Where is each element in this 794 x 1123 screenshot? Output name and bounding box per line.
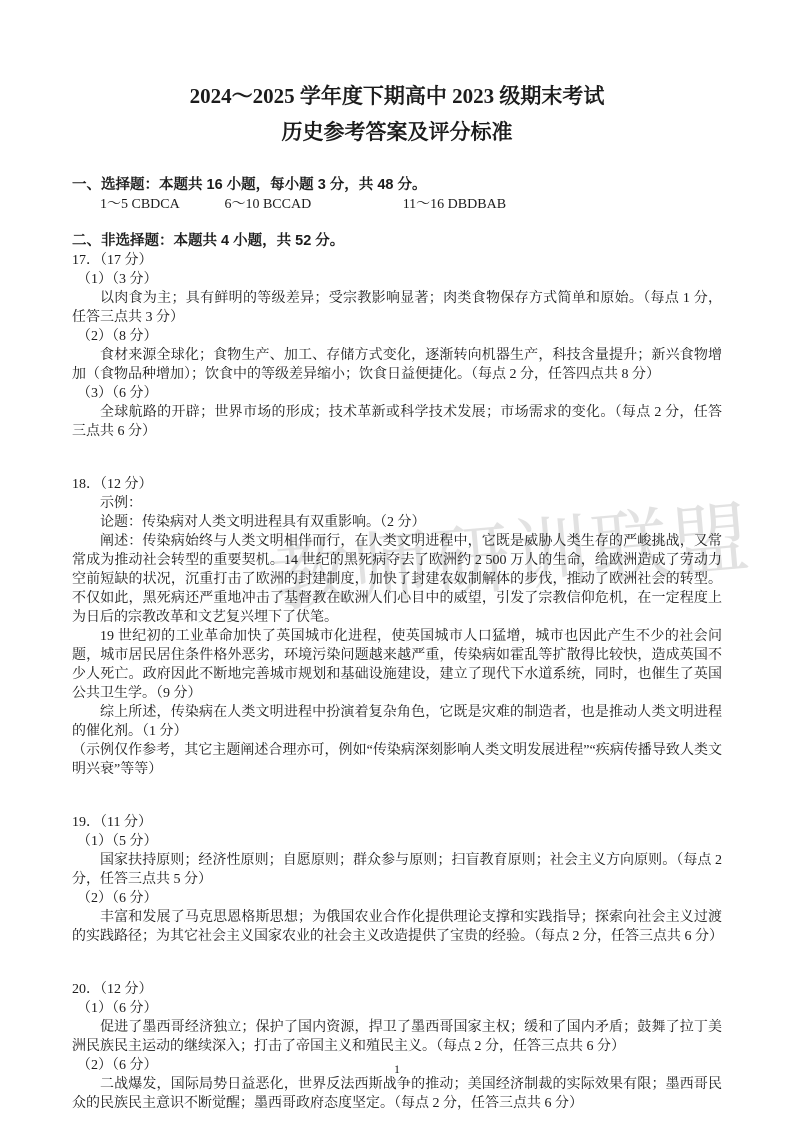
q17-part1-answer: 以肉食为主；具有鲜明的等级差异；受宗教影响显著；肉类食物保存方式简单和原始。（每… <box>72 289 722 327</box>
question-20-number: 20．（12 分） <box>72 980 722 999</box>
q17-part3-answer: 全球航路的开辟；世界市场的形成；技术革新或科学技术发展；市场需求的变化。（每点 … <box>72 403 722 441</box>
question-18-number: 18．（12 分） <box>72 475 722 494</box>
q17-part3-label: （3）（6 分） <box>72 384 722 403</box>
choice-answers-6-10: 6～10 BCCAD <box>224 197 311 212</box>
exam-subtitle: 历史参考答案及评分标准 <box>72 114 722 150</box>
document-page: 教师研训联盟 2024～2025 学年度下期高中 2023 级期末考试 历史参考… <box>0 0 794 1123</box>
q17-part2-answer: 食材来源全球化；食物生产、加工、存储方式变化，逐渐转向机器生产，科技含量提升；新… <box>72 346 722 384</box>
choice-answers-1-5: 1～5 CBDCA <box>100 197 179 212</box>
subjective-section-heading: 二、非选择题：本题共 4 小题，共 52 分。 <box>72 232 722 251</box>
question-17-number: 17．（17 分） <box>72 251 722 270</box>
q18-conclusion: 综上所述，传染病在人类文明进程中扮演着复杂角色，它既是灾难的制造者，也是推动人类… <box>72 703 722 741</box>
q17-part2-label: （2）（8 分） <box>72 327 722 346</box>
q19-part1-answer: 国家扶持原则；经济性原则；自愿原则；群众参与原则；扫盲教育原则；社会主义方向原则… <box>72 851 722 889</box>
q20-part1-answer: 促进了墨西哥经济独立；保护了国内资源，捍卫了墨西哥国家主权；缓和了国内矛盾；鼓舞… <box>72 1018 722 1056</box>
q18-exposition-2: 19 世纪初的工业革命加快了英国城市化进程，使英国城市人口猛增，城市也因此产生不… <box>72 627 722 703</box>
q18-thesis: 论题：传染病对人类文明进程具有双重影响。（2 分） <box>72 513 722 532</box>
q19-part1-label: （1）（5 分） <box>72 832 722 851</box>
choice-section-heading: 一、选择题：本题共 16 小题，每小题 3 分，共 48 分。 <box>72 176 722 195</box>
q17-part1-label: （1）（3 分） <box>72 270 722 289</box>
exam-title: 2024～2025 学年度下期高中 2023 级期末考试 <box>72 78 722 114</box>
q18-note: （示例仅作参考，其它主题阐述合理亦可，例如“传染病深刻影响人类文明发展进程”“疾… <box>72 741 722 779</box>
choice-answers-row: 1～5 CBDCA 6～10 BCCAD 11～16 DBDBAB <box>72 195 722 214</box>
page-number: 1 <box>0 1062 794 1076</box>
q20-part1-label: （1）（6 分） <box>72 999 722 1018</box>
question-19-number: 19．（11 分） <box>72 813 722 832</box>
q18-exposition-1: 阐述：传染病始终与人类文明相伴而行，在人类文明进程中，它既是威胁人类生存的严峻挑… <box>72 532 722 627</box>
choice-answers-11-16: 11～16 DBDBAB <box>403 197 506 212</box>
q19-part2-answer: 丰富和发展了马克思恩格斯思想；为俄国农业合作化提供理论支撑和实践指导；探索向社会… <box>72 908 722 946</box>
exam-title-block: 2024～2025 学年度下期高中 2023 级期末考试 历史参考答案及评分标准 <box>72 78 722 150</box>
q19-part2-label: （2）（6 分） <box>72 889 722 908</box>
q18-example-label: 示例： <box>72 494 722 513</box>
q20-part2-answer: 二战爆发，国际局势日益恶化，世界反法西斯战争的推动；美国经济制裁的实际效果有限；… <box>72 1075 722 1113</box>
